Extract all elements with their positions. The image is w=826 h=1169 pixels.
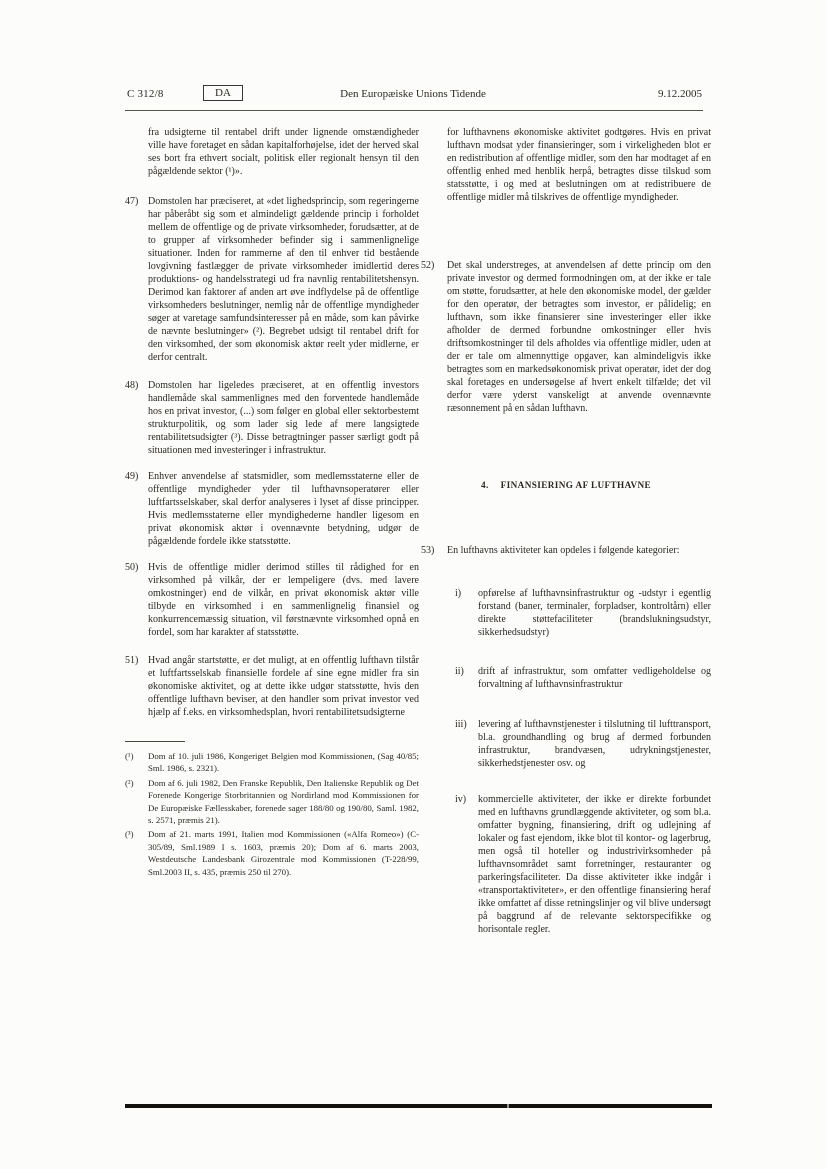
- header-rule: [125, 110, 703, 111]
- paragraph-number: 49): [125, 470, 148, 483]
- item-text: kommercielle aktiviteter, der ikke er di…: [478, 793, 711, 936]
- item-number: ii): [455, 665, 478, 678]
- section-number: 4.: [481, 479, 489, 492]
- list-item-iv: iv) kommercielle aktiviteter, der ikke e…: [455, 793, 711, 936]
- paragraph-text: Enhver anvendelse af statsmidler, som me…: [148, 470, 419, 548]
- paragraph-52: 52) Det skal understreges, at anvendelse…: [421, 259, 711, 415]
- item-text: levering af lufthavnstjenester i tilslut…: [478, 718, 711, 770]
- paragraph-number: 52): [421, 259, 447, 272]
- footnote-marker: (¹): [125, 750, 148, 762]
- footnote-1: (¹) Dom af 10. juli 1986, Kongeriget Bel…: [125, 750, 419, 775]
- continued-paragraph: for lufthavnens økonomiske aktivitet god…: [447, 126, 711, 204]
- section-title: FINANSIERING AF LUFTHAVNE: [501, 479, 651, 492]
- item-text: drift af infrastruktur, som omfatter ved…: [478, 665, 711, 691]
- footnote-marker: (²): [125, 777, 148, 789]
- paragraph-text: Domstolen har præciseret, at «det lighed…: [148, 195, 419, 364]
- section-heading: 4. FINANSIERING AF LUFTHAVNE: [421, 479, 711, 492]
- journal-title: Den Europæiske Unions Tidende: [0, 88, 826, 100]
- paragraph-53: 53) En lufthavns aktiviteter kan opdeles…: [421, 544, 711, 557]
- item-number: iv): [455, 793, 478, 806]
- footnote-text: Dom af 21. marts 1991, Italien mod Kommi…: [148, 828, 419, 878]
- paragraph-number: 51): [125, 654, 148, 667]
- footnote-marker: (³): [125, 828, 148, 840]
- paragraph-47: 47) Domstolen har præciseret, at «det li…: [125, 195, 419, 364]
- footnotes: (¹) Dom af 10. juli 1986, Kongeriget Bel…: [125, 750, 419, 878]
- paragraph-text: Domstolen har ligeledes præciseret, at e…: [148, 379, 419, 457]
- item-text: opførelse af lufthavnsinfrastruktur og -…: [478, 587, 711, 639]
- left-column: fra udsigterne til rentabel drift under …: [125, 126, 419, 878]
- paragraph-48: 48) Domstolen har ligeledes præciseret, …: [125, 379, 419, 457]
- footnote-2: (²) Dom af 6. juli 1982, Den Franske Rep…: [125, 777, 419, 827]
- paragraph-text: Hvad angår startstøtte, er det muligt, a…: [148, 654, 419, 719]
- bottom-rule-bar: [125, 1104, 712, 1108]
- paragraph-number: 53): [421, 544, 447, 557]
- journal-page: C 312/8 DA Den Europæiske Unions Tidende…: [0, 0, 826, 1169]
- list-item-ii: ii) drift af infrastruktur, som omfatter…: [455, 665, 711, 691]
- continued-paragraph: fra udsigterne til rentabel drift under …: [148, 126, 419, 178]
- footnote-text: Dom af 6. juli 1982, Den Franske Republi…: [148, 777, 419, 827]
- paragraph-number: 48): [125, 379, 148, 392]
- list-item-i: i) opførelse af lufthavnsinfrastruktur o…: [455, 587, 711, 639]
- footnote-rule: [125, 741, 185, 742]
- paragraph-number: 47): [125, 195, 148, 208]
- list-item-iii: iii) levering af lufthavnstjenester i ti…: [455, 718, 711, 770]
- paragraph-text: Det skal understreges, at anvendelsen af…: [447, 259, 711, 415]
- paragraph-text: En lufthavns aktiviteter kan opdeles i f…: [447, 544, 711, 557]
- paragraph-text: Hvis de offentlige midler derimod stille…: [148, 561, 419, 639]
- footnote-text: Dom af 10. juli 1986, Kongeriget Belgien…: [148, 750, 419, 775]
- paragraph-51: 51) Hvad angår startstøtte, er det mulig…: [125, 654, 419, 719]
- issue-date: 9.12.2005: [658, 88, 702, 100]
- item-number: i): [455, 587, 478, 600]
- right-column: for lufthavnens økonomiske aktivitet god…: [421, 126, 711, 936]
- footnote-3: (³) Dom af 21. marts 1991, Italien mod K…: [125, 828, 419, 878]
- paragraph-49: 49) Enhver anvendelse af statsmidler, so…: [125, 470, 419, 548]
- item-number: iii): [455, 718, 478, 731]
- paragraph-number: 50): [125, 561, 148, 574]
- paragraph-50: 50) Hvis de offentlige midler derimod st…: [125, 561, 419, 639]
